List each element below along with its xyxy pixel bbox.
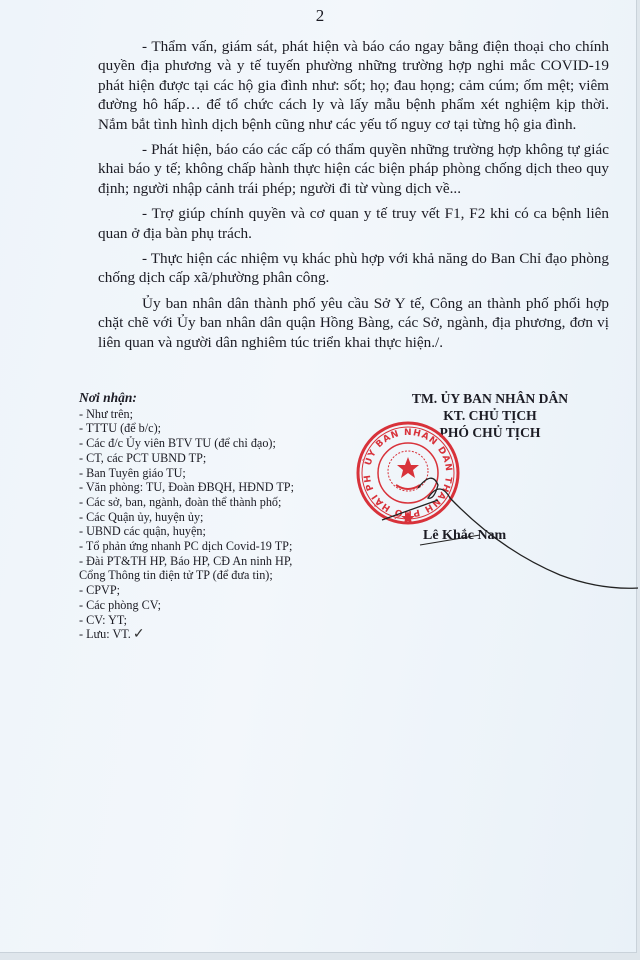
- body-text: - Thẩm vấn, giám sát, phát hiện và báo c…: [98, 37, 609, 358]
- recipient-item: - TTTU (để b/c);: [79, 421, 349, 436]
- document-page: 2 - Thẩm vấn, giám sát, phát hiện và báo…: [0, 0, 637, 953]
- paragraph-request: Ủy ban nhân dân thành phố yêu cầu Sở Y t…: [98, 294, 609, 352]
- recipient-item: Cổng Thông tin điện tử TP (để đưa tin);: [79, 568, 349, 583]
- paragraph-interrogate: - Thẩm vấn, giám sát, phát hiện và báo c…: [98, 37, 609, 134]
- paragraph-trace: - Trợ giúp chính quyền và cơ quan y tế t…: [98, 204, 609, 243]
- recipient-item: - UBND các quận, huyện;: [79, 524, 349, 539]
- recipient-item: - Văn phòng: TU, Đoàn ĐBQH, HĐND TP;: [79, 480, 349, 495]
- recipient-item: - Tổ phản ứng nhanh PC dịch Covid-19 TP;: [79, 539, 349, 554]
- paragraph-other-tasks: - Thực hiện các nhiệm vụ khác phù hợp vớ…: [98, 249, 609, 288]
- recipient-item: - CPVP;: [79, 583, 349, 598]
- signature-line-1: TM. ỦY BAN NHÂN DÂN: [370, 390, 610, 407]
- check-mark-icon: ✓: [133, 627, 145, 642]
- recipient-item: - Như trên;: [79, 407, 349, 422]
- recipient-item: - CV: YT;: [79, 613, 349, 628]
- paragraph-report: - Phát hiện, báo cáo các cấp có thẩm quy…: [98, 140, 609, 198]
- signer-name: Lê Khắc Nam: [423, 528, 506, 544]
- recipient-item: - Các đ/c Ủy viên BTV TU (để chỉ đạo);: [79, 436, 349, 451]
- recipient-item: - Đài PT&TH HP, Báo HP, CĐ An ninh HP,: [79, 554, 349, 569]
- handwritten-signature-icon: [380, 440, 640, 590]
- recipient-item: - Các sở, ban, ngành, đoàn thể thành phố…: [79, 495, 349, 510]
- recipient-item: - Lưu: VT.✓: [79, 627, 349, 643]
- recipient-item-text: - Lưu: VT.: [79, 627, 131, 641]
- recipient-item: - Các Quận ủy, huyện ủy;: [79, 510, 349, 525]
- recipient-item: - CT, các PCT UBND TP;: [79, 451, 349, 466]
- recipients-list: Nơi nhận: - Như trên; - TTTU (để b/c); -…: [79, 391, 349, 643]
- page-number: 2: [0, 6, 640, 26]
- recipient-item: - Ban Tuyên giáo TU;: [79, 466, 349, 481]
- recipient-item: - Các phòng CV;: [79, 598, 349, 613]
- recipients-heading: Nơi nhận:: [79, 391, 349, 406]
